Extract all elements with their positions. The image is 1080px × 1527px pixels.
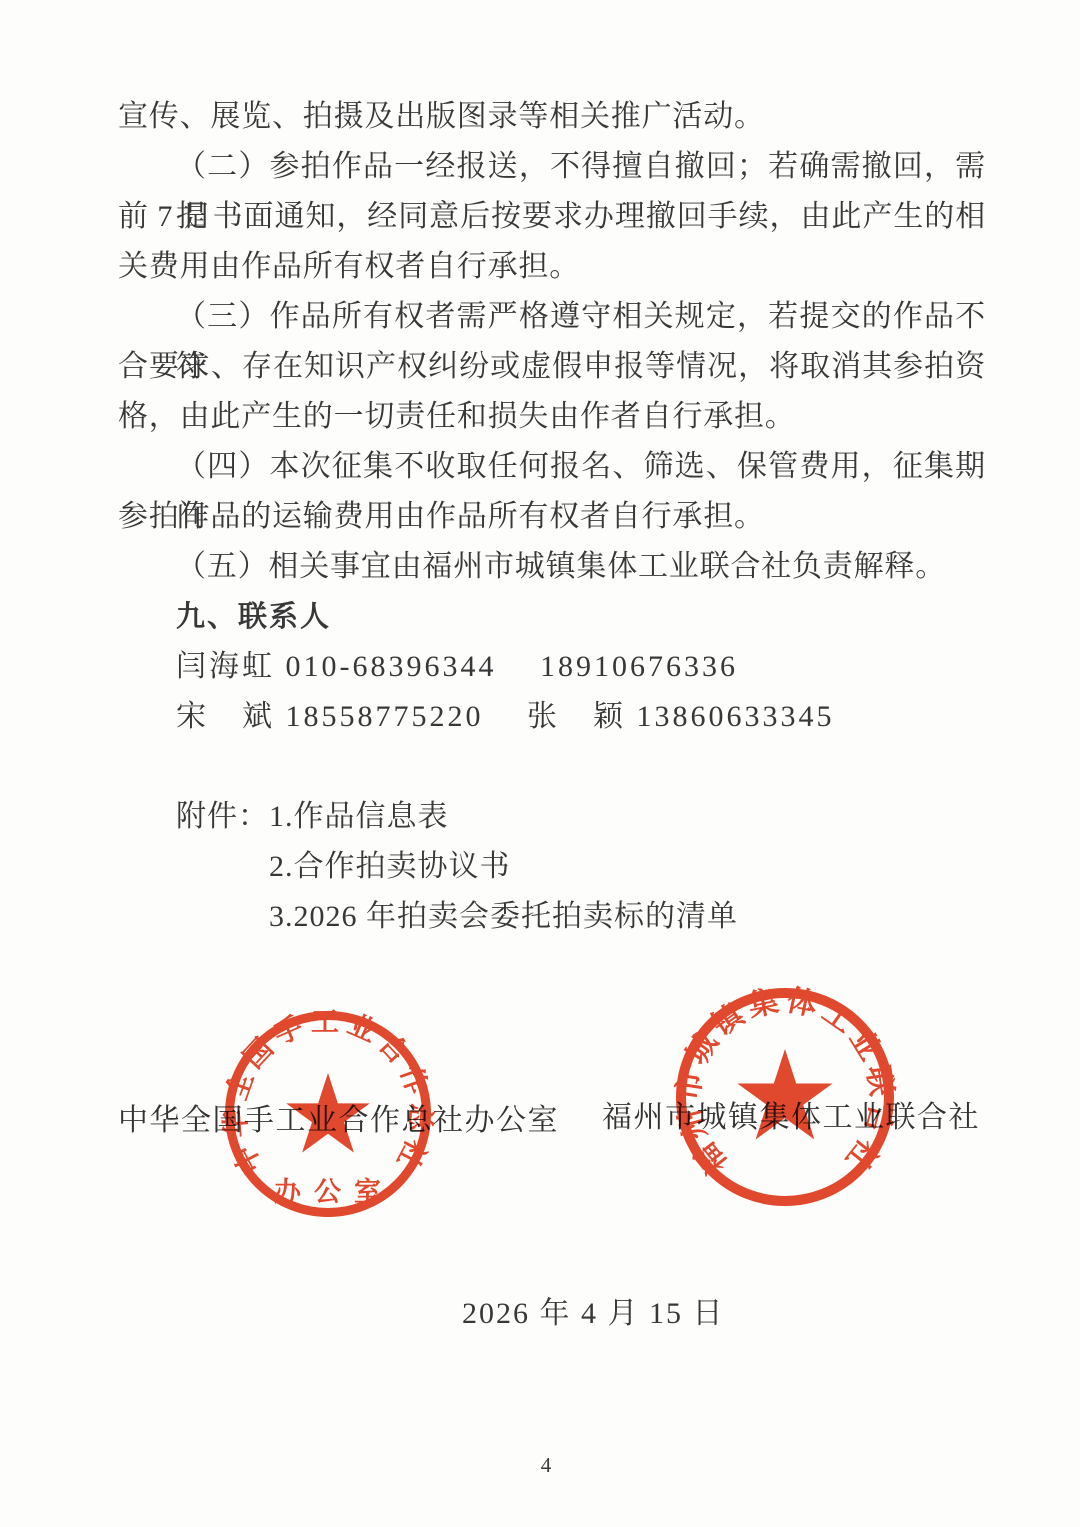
attachment-item: 2.合作拍卖协议书 bbox=[269, 842, 986, 892]
document-page: 宣传、展览、拍摄及出版图录等相关推广活动。 （二）参拍作品一经报送，不得擅自撤回… bbox=[0, 0, 1080, 1527]
document-body: 宣传、展览、拍摄及出版图录等相关推广活动。 （二）参拍作品一经报送，不得擅自撤回… bbox=[118, 92, 986, 942]
body-line: （三）作品所有权者需严格遵守相关规定，若提交的作品不符 bbox=[118, 292, 986, 342]
body-line: 参拍作品的运输费用由作品所有权者自行承担。 bbox=[118, 492, 986, 542]
body-line: （五）相关事宜由福州市城镇集体工业联合社负责解释。 bbox=[118, 542, 986, 592]
contact-line: 宋 斌 18558775220 张 颖 13860633345 bbox=[118, 692, 986, 742]
attachment-item: 1.作品信息表 bbox=[269, 792, 986, 842]
section-heading-contacts: 九、联系人 bbox=[118, 592, 986, 642]
body-line: （四）本次征集不收取任何报名、筛选、保管费用，征集期间 bbox=[118, 442, 986, 492]
attachments-list: 1.作品信息表 2.合作拍卖协议书 3.2026 年拍卖会委托拍卖标的清单 bbox=[269, 792, 986, 942]
body-line: 前 7 日书面通知，经同意后按要求办理撤回手续，由此产生的相 bbox=[118, 192, 986, 242]
contact-line: 闫海虹 010-68396344 18910676336 bbox=[118, 642, 986, 692]
body-line: 关费用由作品所有权者自行承担。 bbox=[118, 242, 986, 292]
attachments-label: 附件： bbox=[176, 792, 269, 842]
body-line: 宣传、展览、拍摄及出版图录等相关推广活动。 bbox=[118, 92, 986, 142]
body-line: （二）参拍作品一经报送，不得擅自撤回；若确需撤回，需提 bbox=[118, 142, 986, 192]
official-seal-left: 中华全国手工业合作总社 办公室 bbox=[212, 998, 444, 1230]
official-seal-right: 福州市城镇集体工业联合社 bbox=[662, 974, 908, 1220]
body-line: 合要求、存在知识产权纠纷或虚假申报等情况，将取消其参拍资 bbox=[118, 342, 986, 392]
document-date: 2026 年 4 月 15 日 bbox=[462, 1288, 725, 1332]
attachment-item: 3.2026 年拍卖会委托拍卖标的清单 bbox=[269, 892, 986, 942]
star-icon bbox=[286, 1073, 370, 1153]
body-line: 格，由此产生的一切责任和损失由作者自行承担。 bbox=[118, 392, 986, 442]
page-number: 4 bbox=[496, 1453, 596, 1478]
seal-bottom-text: 办公室 bbox=[274, 1177, 394, 1207]
star-icon bbox=[737, 1049, 832, 1140]
attachments-block: 附件： 1.作品信息表 2.合作拍卖协议书 3.2026 年拍卖会委托拍卖标的清… bbox=[176, 792, 986, 942]
